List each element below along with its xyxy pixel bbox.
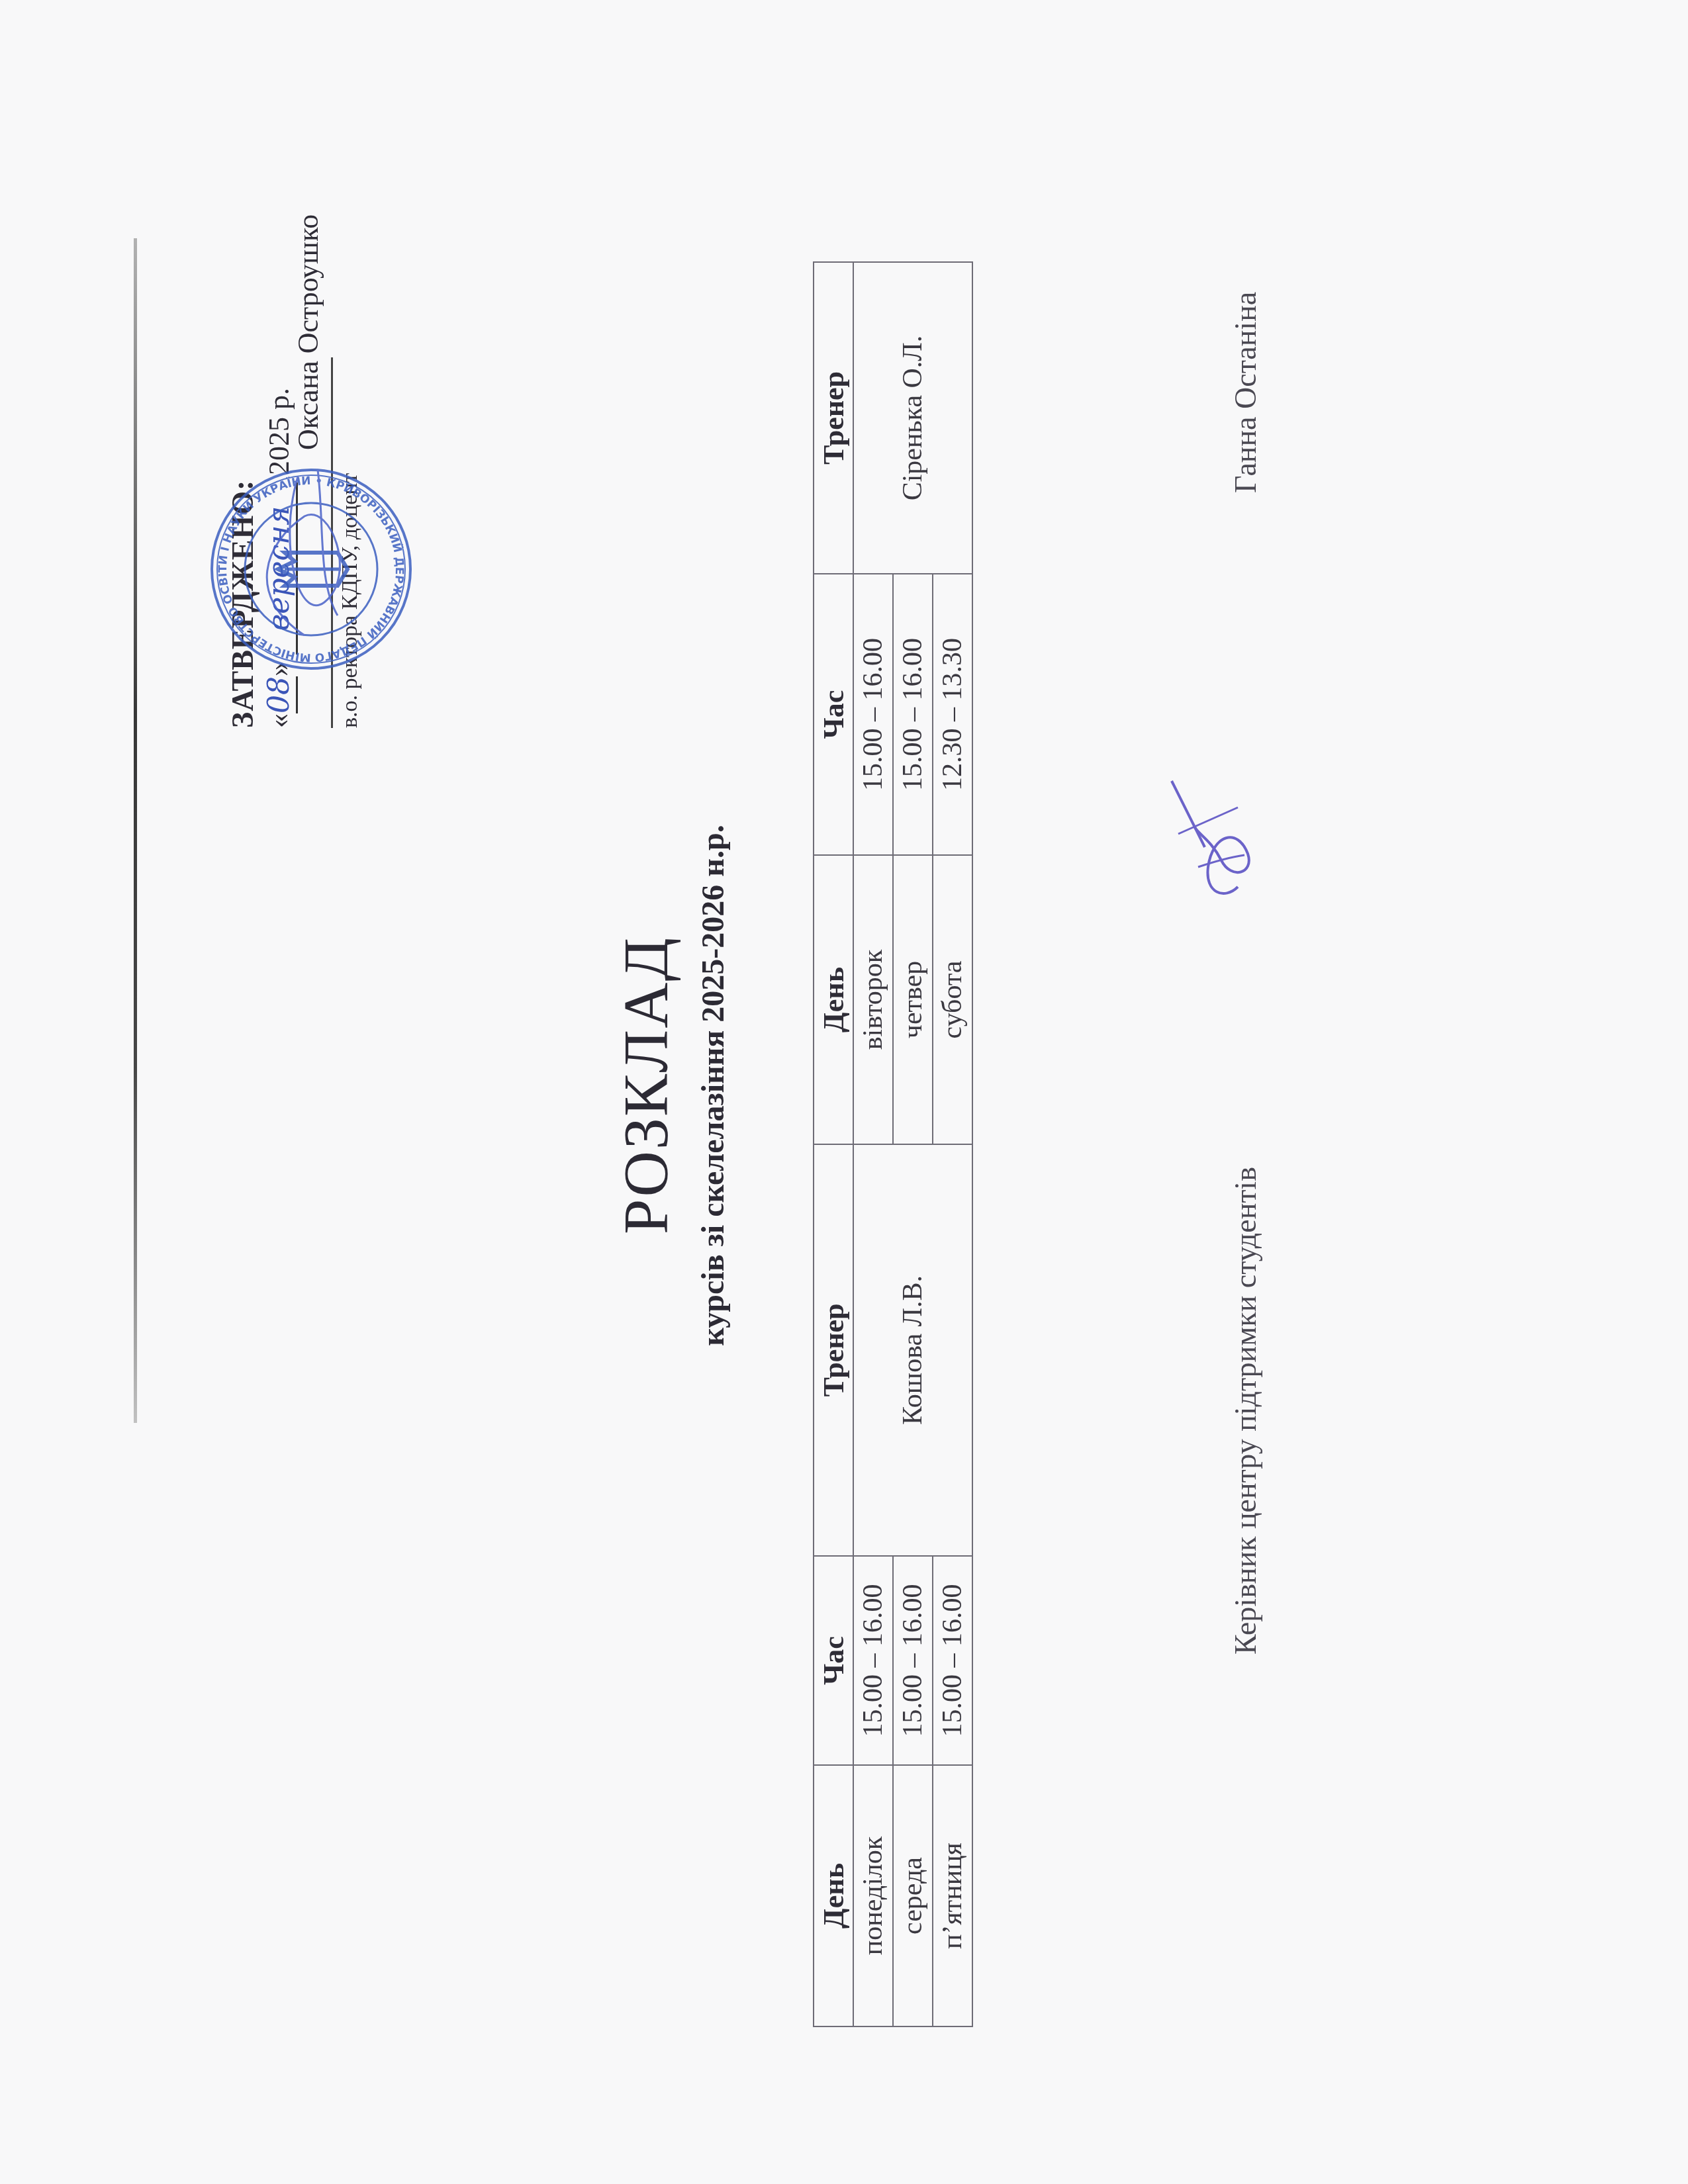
- university-stamp-icon: МІНІСТЕРСТВО ОСВІТИ І НАУКИ УКРАЇНИ • КР…: [205, 463, 417, 675]
- header-day: День: [814, 855, 853, 1144]
- table-header-row: День Час Тренер День Час Тренер: [814, 262, 853, 2026]
- schedule-table: День Час Тренер День Час Тренер понеділо…: [813, 261, 973, 2027]
- day-cell: четвер: [893, 855, 933, 1144]
- header-time: Час: [814, 574, 853, 855]
- day-cell: середа: [893, 1765, 933, 2026]
- time-cell: 15.00 – 16.00: [933, 1556, 972, 1765]
- header-day: День: [814, 1765, 853, 2026]
- handwritten-signature-icon: [1158, 774, 1264, 907]
- trainer-cell: Кошова Л.В.: [853, 1144, 972, 1556]
- day-cell: субота: [933, 855, 972, 1144]
- time-cell: 15.00 – 16.00: [853, 1556, 893, 1765]
- header-trainer: Тренер: [814, 1144, 853, 1556]
- date-open-quote: «: [263, 713, 295, 728]
- date-day: 08: [262, 676, 298, 713]
- header-time: Час: [814, 1556, 853, 1765]
- header-trainer: Тренер: [814, 262, 853, 574]
- document-title: РОЗКЛАД: [609, 807, 682, 1363]
- time-cell: 12.30 – 13.30: [933, 574, 972, 855]
- date-year: 2025 р.: [263, 388, 295, 475]
- trainer-cell: Сіренька О.Л.: [853, 262, 972, 574]
- footer-role: Керівник центру підтримки студентів: [1228, 1167, 1263, 1655]
- day-cell: вівторок: [853, 855, 893, 1144]
- document-subtitle: курсів зі скелелазіння 2025-2026 н.р.: [695, 741, 731, 1430]
- table-row: понеділок 15.00 – 16.00 Кошова Л.В. вівт…: [853, 262, 893, 2026]
- document-page: ЗАТВЕРДЖЕНО: «08» вересня 2025 р. Оксана…: [0, 0, 1688, 2184]
- approver-name: Оксана Остроушко: [291, 214, 325, 450]
- time-cell: 15.00 – 16.00: [893, 1556, 933, 1765]
- footer-name: Ганна Останіна: [1228, 292, 1263, 493]
- day-cell: понеділок: [853, 1765, 893, 2026]
- day-cell: п’ятниця: [933, 1765, 972, 2026]
- scan-edge-line: [134, 238, 137, 1423]
- time-cell: 15.00 – 16.00: [853, 574, 893, 855]
- time-cell: 15.00 – 16.00: [893, 574, 933, 855]
